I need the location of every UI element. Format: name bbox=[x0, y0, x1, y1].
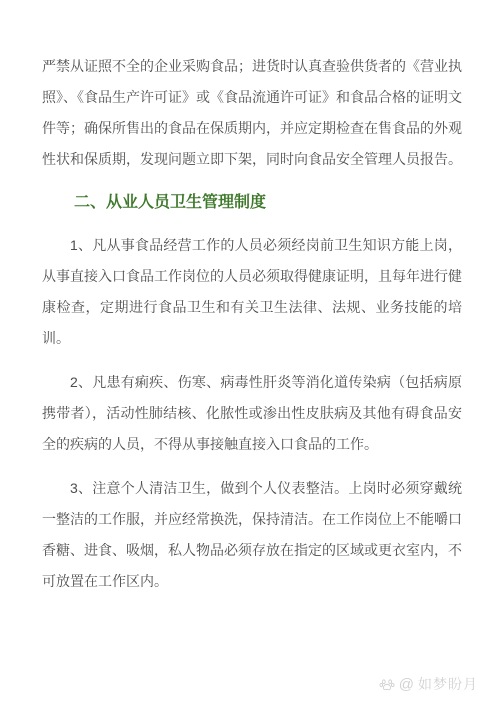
section-heading: 二、从业人员卫生管理制度 bbox=[42, 190, 462, 216]
list-item-3: 3、注意个人清洁卫生，做到个人仪表整洁。上岗时必须穿戴统一整洁的工作服，并应经常… bbox=[42, 473, 462, 597]
list-item-2: 2、凡患有痢疾、伤寒、病毒性肝炎等消化道传染病（包括病原携带者），活动性肺结核、… bbox=[42, 367, 462, 460]
at-icon: @ bbox=[399, 677, 414, 692]
paw-icon bbox=[379, 676, 395, 692]
intro-paragraph: 严禁从证照不全的企业采购食品；进货时认真查验供货者的《营业执照》、《食品生产许可… bbox=[42, 51, 462, 175]
watermark: @ 如梦盼月 bbox=[379, 674, 478, 694]
document-content: 严禁从证照不全的企业采购食品；进货时认真查验供货者的《营业执照》、《食品生产许可… bbox=[0, 0, 500, 597]
list-item-1: 1、凡从事食品经营工作的人员必须经岗前卫生知识方能上岗，从事直接入口食品工作岗位… bbox=[42, 230, 462, 354]
watermark-username: 如梦盼月 bbox=[418, 674, 478, 694]
document-page: 严禁从证照不全的企业采购食品；进货时认真查验供货者的《营业执照》、《食品生产许可… bbox=[0, 0, 500, 707]
